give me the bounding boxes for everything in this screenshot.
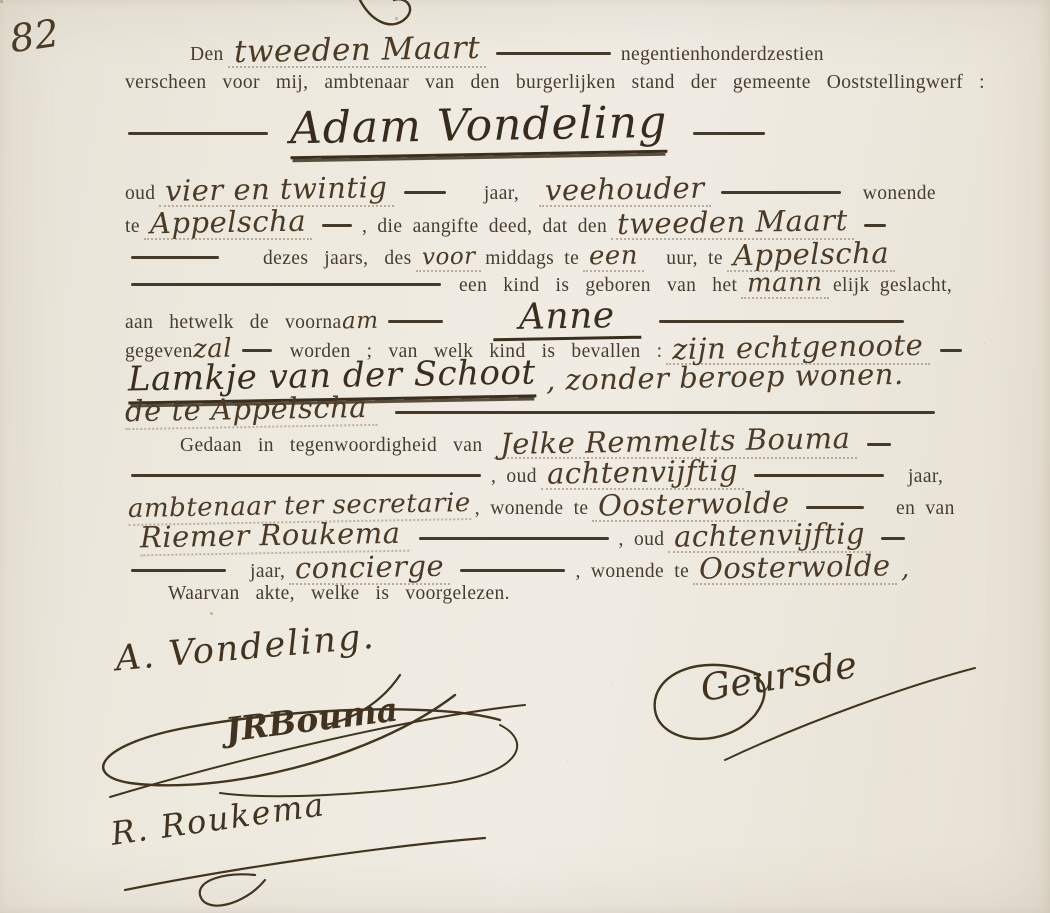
ink-line	[881, 537, 905, 540]
line-declarant-name: Adam Vondeling	[122, 100, 771, 156]
date-entry-text: tweeden Maart	[233, 30, 480, 70]
label-oud-1: , oud	[491, 466, 537, 487]
ink-line	[404, 191, 446, 194]
daypart-entry-text: voor	[421, 244, 475, 271]
residence-entry-text: Appelscha	[150, 204, 307, 241]
ink-line	[659, 320, 904, 323]
ink-line	[131, 569, 226, 572]
signature-registrar: Geursde	[700, 655, 858, 698]
ink-line	[721, 191, 841, 194]
ink-line	[131, 256, 219, 259]
line-residence-date: te Appelscha , die aangifte deed, dat de…	[125, 205, 892, 239]
line-witness1: Gedaan in tegenwoordigheid van Jelke Rem…	[180, 424, 897, 458]
line-closing: Waarvan akte, welke is voorgelezen.	[168, 583, 510, 605]
ink-line	[388, 320, 443, 323]
line-age-occupation: oud vier en twintig jaar, veehouder wone…	[125, 172, 936, 206]
record-number: 82	[10, 14, 59, 58]
aangifte-text: , die aangifte deed, dat den	[362, 216, 607, 237]
occupation-entry: veehouder	[539, 186, 711, 207]
witness2-residence-text: Oosterwolde	[699, 548, 891, 585]
label-jaar: jaar,	[484, 183, 519, 204]
closing-text: Waarvan akte, welke is voorgelezen.	[168, 583, 510, 604]
ink-line	[806, 506, 864, 509]
ink-line	[754, 474, 884, 477]
label-te: te	[125, 216, 140, 237]
witness2-occupation-entry: concierge	[289, 564, 450, 585]
signature-declarant: A. Vondeling.	[115, 628, 376, 668]
line-witness1-age: , oud achtenvijftig jaar,	[125, 455, 943, 489]
label-en-van: en van	[896, 498, 955, 519]
label-elijk-geslacht: elijk geslacht,	[833, 275, 952, 296]
signature-witness2: R. Roukema	[110, 800, 326, 838]
label-oud: oud	[125, 183, 155, 204]
witness2-age-text: achtenvijftig	[674, 516, 866, 553]
ink-line	[131, 283, 441, 286]
line-gender: een kind is geboren van het mann elijk g…	[125, 268, 952, 298]
witness1-age-text: achtenvijftig	[547, 453, 739, 490]
label-jaar-1: jaar,	[908, 466, 943, 487]
verscheen-text: verscheen voor mij, ambtenaar van den bu…	[125, 72, 985, 93]
ink-line	[496, 52, 611, 55]
label-wonende-te-2: , wonende te	[575, 561, 689, 582]
age-entry-text: vier en twintig	[165, 170, 388, 208]
witness2-residence-entry: Oosterwolde	[693, 564, 897, 585]
hour-entry-text: een	[589, 241, 639, 272]
line-verscheen: verscheen voor mij, ambtenaar van den bu…	[125, 72, 1015, 94]
year-printed: negentienhonderdzestien	[621, 44, 824, 65]
ink-line	[128, 132, 268, 135]
label-dezes-jaars: dezes jaars, des	[263, 248, 412, 269]
birthdate-entry-text: tweeden Maart	[617, 203, 848, 241]
declarant-name: Adam Vondeling	[290, 97, 668, 160]
date-entry: tweeden Maart	[228, 47, 486, 68]
ink-line	[693, 132, 765, 135]
label-uur-te: uur, te	[666, 248, 723, 269]
previous-entry-stroke	[340, 0, 450, 32]
ink-line	[419, 537, 609, 540]
label-jaar-2: jaar,	[250, 561, 285, 582]
trailing-comma: ,	[900, 554, 909, 584]
ink-line	[940, 349, 962, 352]
signature-witness1: JRBouma	[225, 700, 398, 739]
label-den: Den	[190, 44, 224, 65]
gender-entry-text: mann	[747, 267, 823, 298]
ink-line	[322, 224, 352, 227]
ink-line	[131, 474, 481, 477]
ink-line	[864, 224, 886, 227]
ink-line	[395, 411, 935, 414]
label-wonende: wonende	[863, 183, 936, 204]
line-date: Den tweeden Maart negentienhonderdzestie…	[190, 32, 824, 68]
label-wonende-te-1: , wonende te	[475, 498, 589, 519]
ink-line	[242, 349, 272, 352]
label-kind-geboren: een kind is geboren van het	[459, 275, 737, 296]
ink-line	[867, 443, 891, 446]
witness2-occupation-text: concierge	[295, 549, 445, 586]
line-witness2: Riemer Roukema , oud achtenvijftig	[140, 518, 911, 554]
birth-certificate-page: 82 Den tweeden Maart negentienhonderdzes…	[0, 0, 1050, 913]
record-number-value: 82	[7, 11, 62, 61]
ink-line	[460, 569, 565, 572]
label-middags-te: middags te	[485, 248, 579, 269]
label-oud-2: , oud	[619, 529, 665, 550]
paper-specks	[0, 0, 3, 3]
occupation-entry-text: veehouder	[545, 171, 705, 208]
label-gedaan: Gedaan in tegenwoordigheid van	[180, 435, 482, 456]
line-witness2-occupation: jaar, concierge , wonende te Oosterwolde…	[125, 550, 909, 584]
line-time-place: dezes jaars, des voor middags te een uur…	[125, 237, 895, 271]
